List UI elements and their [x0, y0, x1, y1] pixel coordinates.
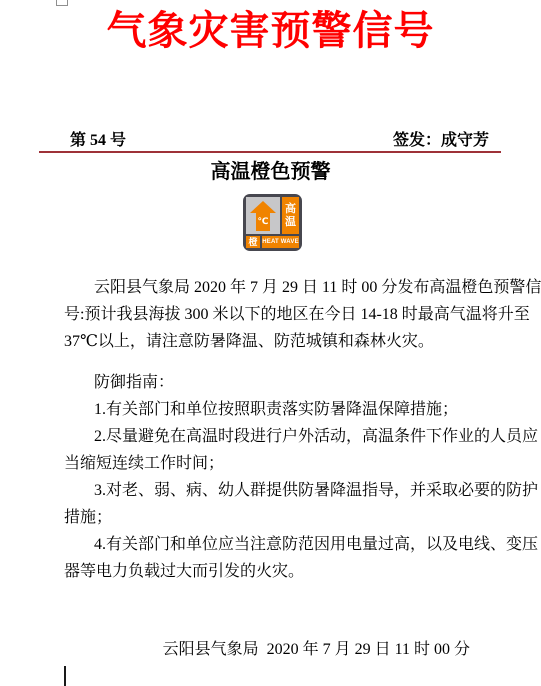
orange-level-badge: 橙	[246, 236, 260, 248]
heat-char: 高	[285, 203, 296, 216]
guide-item-2-cont: 当缩短连续工作时间；	[64, 450, 471, 477]
up-arrow-icon: ℃	[250, 201, 276, 231]
document-header-row: 第 54 号 签发：成守芳	[39, 130, 501, 151]
body-line: 号:预计我县海拔 300 米以下的地区在今日 14-18 时最高气温将升至	[64, 301, 471, 328]
wave-char: 温	[285, 216, 296, 229]
issuer-signature: 签发：成守芳	[393, 130, 489, 151]
signature-date-line: 云阳县气象局 2020 年 7 月 29 日 11 时 00 分	[0, 636, 470, 663]
document-title: 气象灾害预警信号	[0, 6, 541, 56]
guide-item-3-cont: 措施；	[64, 504, 471, 531]
guide-item-3: 3.对老、弱、病、幼人群提供防暑降温指导，并采取必要的防护	[64, 477, 471, 504]
document-body: 云阳县气象局 2020 年 7 月 29 日 11 时 00 分发布高温橙色预警…	[64, 274, 471, 585]
header-divider-rule	[39, 151, 501, 153]
guide-item-4-cont: 器等电力负载过大而引发的火灾。	[64, 558, 471, 585]
celsius-symbol: ℃	[258, 216, 269, 226]
warning-heading: 高温橙色预警	[0, 160, 541, 184]
body-line: 云阳县气象局 2020 年 7 月 29 日 11 时 00 分发布高温橙色预警…	[64, 274, 471, 301]
body-line: 37℃以上，请注意防暑降温、防范城镇和森林火灾。	[64, 328, 471, 355]
heat-wave-orange-warning-icon: ℃ 高 温 橙 HEAT WAVE	[243, 194, 302, 251]
guide-item-2: 2.尽量避免在高温时段进行户外活动，高温条件下作业的人员应	[64, 423, 471, 450]
heat-wave-en-label: HEAT WAVE	[262, 236, 299, 248]
guide-item-4: 4.有关部门和单位应当注意防范因用电量过高，以及电线、变压	[64, 531, 471, 558]
guide-heading: 防御指南：	[64, 369, 471, 396]
thermometer-arrow-panel: ℃	[246, 197, 280, 234]
text-cursor	[64, 666, 66, 686]
heat-wave-cn-label: 高 温	[282, 197, 299, 234]
document-number: 第 54 号	[70, 130, 126, 151]
guide-item-1: 1.有关部门和单位按照职责落实防暑降温保障措施；	[64, 396, 471, 423]
document-page[interactable]: 气象灾害预警信号 第 54 号 签发：成守芳 高温橙色预警 ℃ 高 温 橙 HE…	[0, 0, 541, 686]
